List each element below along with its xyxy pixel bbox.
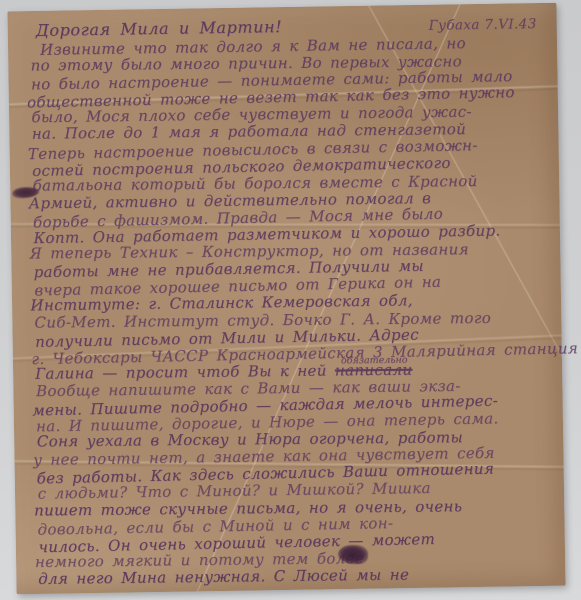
salutation: Дорогая Мила и Мартин! <box>26 17 283 40</box>
dateline: Губаха 7.VI.43 <box>429 16 537 34</box>
photo-background: Дорогая Мила и Мартин! Губаха 7.VI.43 Из… <box>0 0 581 600</box>
letter-line: для него Мина ненужная. С Люсей мы не <box>34 565 551 588</box>
letter-paper: Дорогая Мила и Мартин! Губаха 7.VI.43 Из… <box>7 3 565 595</box>
letter-body: Извините что так долго я к Вам не писала… <box>26 34 552 589</box>
inserted-word: обязательно <box>341 351 408 369</box>
